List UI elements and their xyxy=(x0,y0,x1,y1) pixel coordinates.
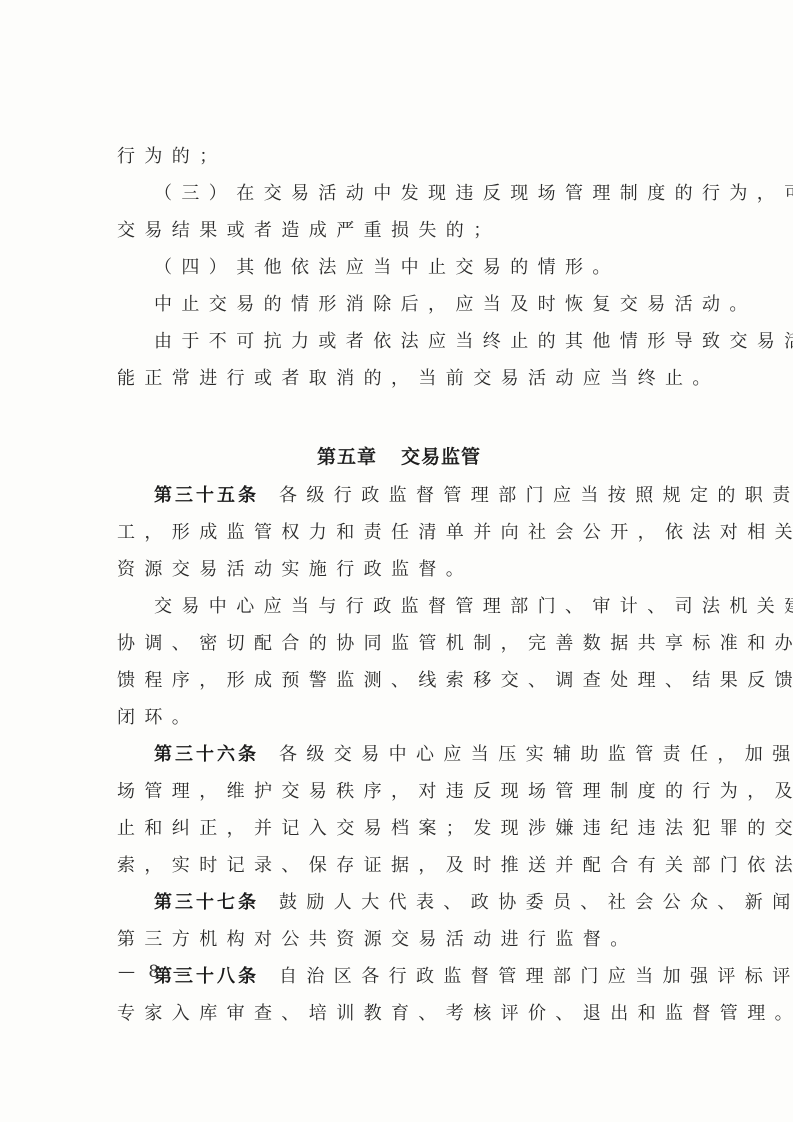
article-35-first-line: 第三十五条各级行政监督管理部门应当按照规定的职责分 xyxy=(117,477,681,514)
body-line: 协调、密切配合的协同监管机制，完善数据共享标准和办理情况反 xyxy=(117,625,681,662)
article-label: 第三十七条 xyxy=(154,892,259,913)
body-line: 能正常进行或者取消的，当前交易活动应当终止。 xyxy=(117,360,681,397)
body-line: 交易中心应当与行政监督管理部门、审计、司法机关建立互相 xyxy=(117,588,681,625)
body-line: 索，实时记录、保存证据，及时推送并配合有关部门依法查处。 xyxy=(117,847,681,884)
body-line: 闭环。 xyxy=(117,699,681,736)
body-line: （四）其他依法应当中止交易的情形。 xyxy=(117,249,681,286)
body-line: 资源交易活动实施行政监督。 xyxy=(117,551,681,588)
chapter-number: 第五章 xyxy=(317,446,377,468)
body-line: 馈程序，形成预警监测、线索移交、调查处理、结果反馈的监督管理 xyxy=(117,662,681,699)
chapter-heading: 第五章交易监管 xyxy=(117,437,681,477)
article-label: 第三十六条 xyxy=(154,744,259,765)
article-text: 各级行政监督管理部门应当按照规定的职责分 xyxy=(279,485,793,506)
article-37-first-line: 第三十七条鼓励人大代表、政协委员、社会公众、新闻媒体、 xyxy=(117,884,681,921)
body-line: 行为的； xyxy=(117,138,681,175)
body-line: 中止交易的情形消除后，应当及时恢复交易活动。 xyxy=(117,286,681,323)
chapter-title: 交易监管 xyxy=(401,446,481,468)
body-line: 由于不可抗力或者依法应当终止的其他情形导致交易活动不 xyxy=(117,323,681,360)
body-line: （三）在交易活动中发现违反现场管理制度的行为，可能影响 xyxy=(117,175,681,212)
body-line: 第三方机构对公共资源交易活动进行监督。 xyxy=(117,921,681,958)
article-text: 自治区各行政监督管理部门应当加强评标评审 xyxy=(279,966,793,987)
article-text: 鼓励人大代表、政协委员、社会公众、新闻媒体、 xyxy=(279,892,793,913)
body-line: 交易结果或者造成严重损失的； xyxy=(117,212,681,249)
page-number: — 8 — xyxy=(118,962,194,982)
body-line: 工，形成监管权力和责任清单并向社会公开，依法对相关领域公共 xyxy=(117,514,681,551)
article-label: 第三十五条 xyxy=(154,485,259,506)
body-line: 止和纠正，并记入交易档案；发现涉嫌违纪违法犯罪的交易行为线 xyxy=(117,810,681,847)
body-line: 场管理，维护交易秩序，对违反现场管理制度的行为，及时提醒、制 xyxy=(117,773,681,810)
body-line: 专家入库审查、培训教育、考核评价、退出和监督管理。实行评标 xyxy=(117,995,681,1032)
article-text: 各级交易中心应当压实辅助监管责任，加强现 xyxy=(279,744,793,765)
document-page: 行为的； （三）在交易活动中发现违反现场管理制度的行为，可能影响 交易结果或者造… xyxy=(117,138,681,1032)
article-36-first-line: 第三十六条各级交易中心应当压实辅助监管责任，加强现 xyxy=(117,736,681,773)
article-38-first-line: 第三十八条自治区各行政监督管理部门应当加强评标评审 xyxy=(117,958,681,995)
